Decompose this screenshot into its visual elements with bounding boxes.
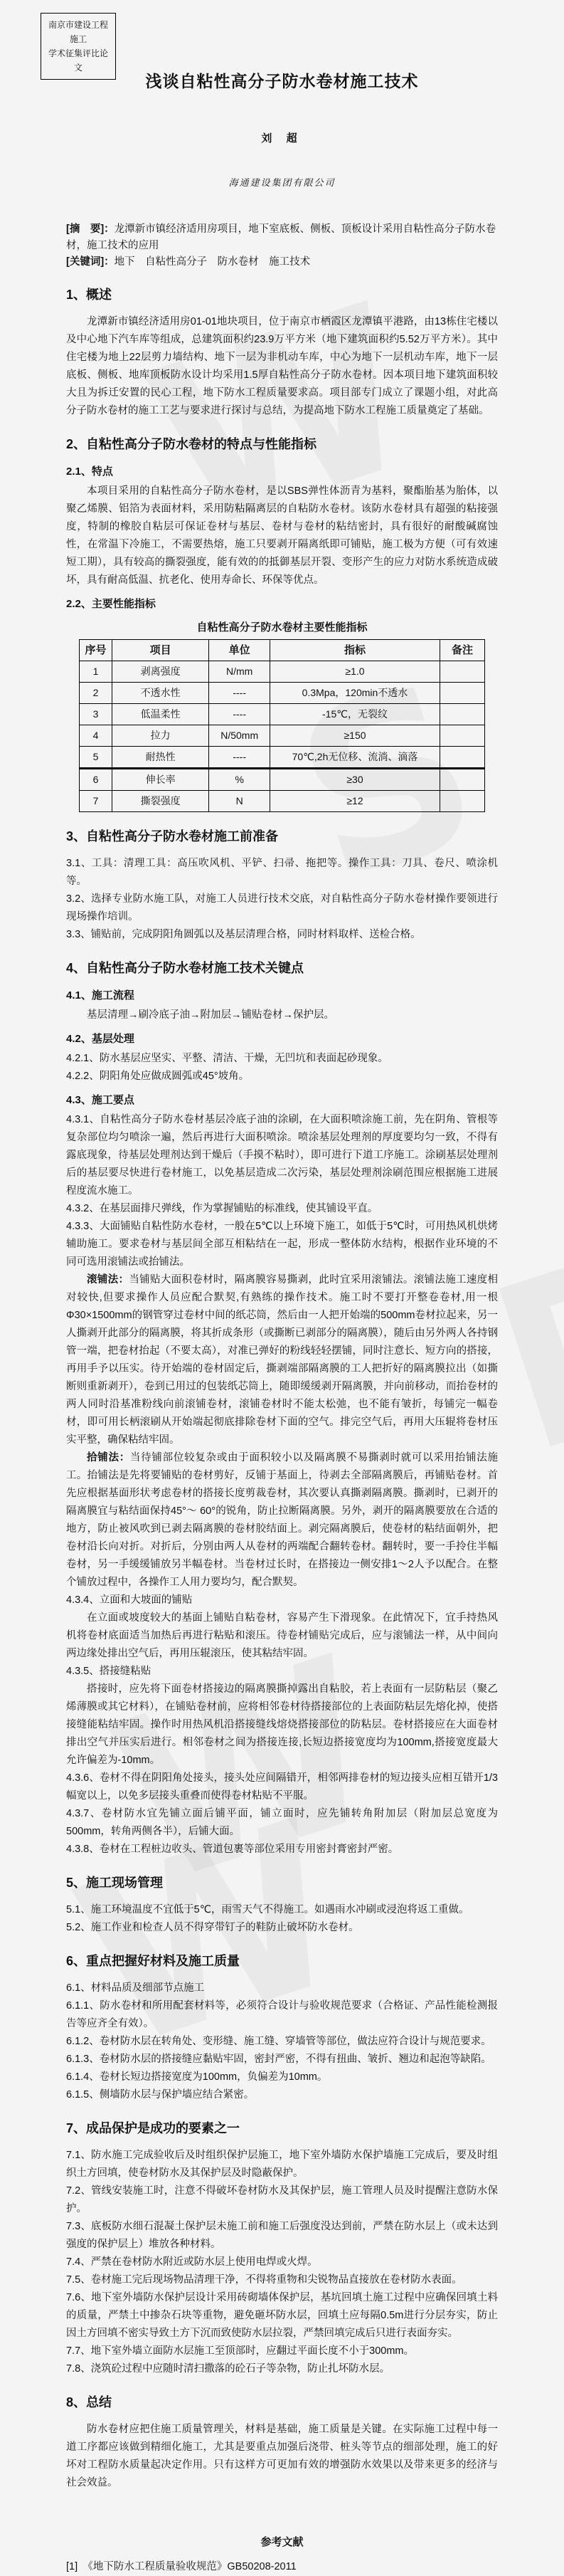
table-header-cell: 序号 [80,640,112,661]
table-cell: 0.3Mpa，120min不透水 [270,683,440,704]
paragraph-lead: 滚铺法： [87,1274,129,1286]
paragraph: 4.3.1、自粘性高分子防水卷材基层冷底子油的涂刷，在大面积喷涂施工前，先在阴角… [66,1111,498,1200]
paragraph: 防水卷材应把住施工质量管理关，材料是基础，施工质量是关键。在实际施工过程中每一道… [66,2421,498,2492]
paragraph: 4.3.6、卷材不得在阴阳角处接头，接头处应间隔错开，相邻两排卷材的短边接头应相… [66,1770,498,1805]
table-cell: 撕裂强度 [112,791,209,812]
paragraph: 6.1.2、卷材防水层在转角处、变形缝、施工缝、穿墙管等部位，做法应符合设计与规… [66,2033,498,2051]
table-title: 自粘性高分子防水卷材主要性能指标 [66,619,498,636]
table-cell [440,747,485,769]
classification-line-2: 学术征集评比论文 [46,46,111,75]
table-cell: 7 [80,791,112,812]
table-cell: % [209,769,270,791]
document-page: WSDSWW 南京市建设工程施工 学术征集评比论文 浅谈自粘性高分子防水卷材施工… [0,0,564,2576]
paragraph: 3.2、选择专业防水施工队，对施工人员进行技术交底，对自粘性高分子防水卷材操作要… [66,890,498,926]
table-row: 7撕裂强度N≥12 [80,791,485,812]
section-heading: 6、重点把握好材料及施工质量 [66,1952,498,1970]
paragraph: 4.3.5、搭接缝粘贴 [66,1663,498,1681]
paragraph: 搭接时，应先将下面卷材搭接边的隔离膜撕掉露出自粘胶，若上表面有一层防粘层（聚乙烯… [66,1681,498,1770]
table-cell: 1 [80,661,112,683]
paragraph: 6.1.1、防水卷材和所用配套材料等，必须符合设计与验收规范要求（合格证、产品性… [66,1997,498,2033]
table-cell: 剥离强度 [112,661,209,683]
paragraph: 6.1.5、侧墙防水层与保护墙应结合紧密。 [66,2086,498,2104]
table-cell: 70℃,2h无位移、流淌、滴落 [270,747,440,769]
table-cell: 3 [80,704,112,725]
paragraph: 4.2.1、防水基层应坚实、平整、清洁、干燥，无凹坑和表面起砂现象。 [66,1050,498,1068]
paragraph: 4.3.4、立面和大坡面的铺贴 [66,1592,498,1609]
table-cell: 4 [80,725,112,747]
classification-line-1: 南京市建设工程施工 [46,18,111,46]
paragraph: 6.1.4、卷材长短边搭接宽度为100mm，负偏差为10mm。 [66,2068,498,2086]
table-cell [440,791,485,812]
references-heading: 参考文献 [66,2533,498,2551]
subsection-heading: 2.2、主要性能指标 [66,595,498,613]
table-cell: 6 [80,769,112,791]
table-row: 6伸长率%≥30 [80,769,485,791]
paragraph: 基层清理→刷冷底子油→附加层→铺贴卷材→保护层。 [66,1006,498,1024]
paragraph: 6.1.3、卷材防水层的搭接缝应黏贴牢固，密封严密，不得有扭曲、皱折、翘边和起泡… [66,2051,498,2068]
paragraph: 7.4、严禁在卷材防水附近或防水层上使用电焊或火焊。 [66,2254,498,2271]
author-name: 刘 超 [0,130,564,145]
paragraph: 3.3、铺贴前，完成阴阳角圆弧以及基层清理合格，同时材料取样、送检合格。 [66,926,498,944]
table-row: 3低温柔性-----15℃，无裂纹 [80,704,485,725]
table-row: 4拉力N/50mm≥150 [80,725,485,747]
paragraph: 5.2、施工作业和检查人员不得穿带钉子的鞋防止破坏防水卷材。 [66,1919,498,1937]
section-heading: 5、施工现场管理 [66,1874,498,1891]
paragraph: 7.1、防水施工完成验收后及时组织保护层施工，地下室外墙防水保护墙施工完成后，要… [66,2147,498,2182]
section-heading: 8、总结 [66,2394,498,2411]
affiliation: 海通建设集团有限公司 [0,175,564,189]
abstract-text: 龙潭新市镇经济适用房项目，地下室底板、侧板、顶板设计采用自粘性高分子防水卷材，施… [66,224,496,251]
performance-table: 序号项目单位指标备注1剥离强度N/mm≥1.02不透水性----0.3Mpa，1… [79,639,485,812]
classification-box: 南京市建设工程施工 学术征集评比论文 [41,13,116,80]
table-cell: 2 [80,683,112,704]
table-cell: ---- [209,704,270,725]
table-cell: ≥1.0 [270,661,440,683]
section-heading: 2、自粘性高分子防水卷材的特点与性能指标 [66,436,498,453]
paragraph: 3.1、工具：清理工具：高压吹风机、平铲、扫帚、拖把等。操作工具：刀具、卷尺、喷… [66,855,498,890]
section-heading: 3、自粘性高分子防水卷材施工前准备 [66,828,498,845]
paragraph-lead: 拾铺法： [87,1452,130,1463]
reference-item: [1] 《地下防水工程质量验收规范》GB50208-2011 [66,2558,498,2576]
table-cell: N [209,791,270,812]
subsection-heading: 4.2、基层处理 [66,1030,498,1048]
keywords-text: 地下 自粘性高分子 防水卷材 施工技术 [115,256,311,268]
paper-meta: [摘 要]：龙潭新市镇经济适用房项目，地下室底板、侧板、顶板设计采用自粘性高分子… [66,221,498,270]
table-cell [440,704,485,725]
paragraph: 6.1、材料品质及细部节点施工 [66,1980,498,1997]
table-cell: ---- [209,683,270,704]
paragraph: 本项目采用的自粘性高分子防水卷材，是以SBS弹性体沥青为基料，聚酯胎基为胎体，以… [66,483,498,589]
table-cell: N/mm [209,661,270,683]
paragraph: 4.3.3、大面铺贴自粘性防水卷材，一般在5℃以上环境下施工，如低于5℃时，可用… [66,1218,498,1271]
paragraph: 4.2.2、阴阳角处应做成圆弧或45°坡角。 [66,1068,498,1085]
paragraph: 7.6、地下室外墙防水保护层设计采用砖砌墙体保护层，基坑回填土施工过程中应确保回… [66,2289,498,2343]
keywords: [关键词]：地下 自粘性高分子 防水卷材 施工技术 [66,254,498,270]
table-cell: 伸长率 [112,769,209,791]
subsection-heading: 2.1、特点 [66,463,498,480]
abstract-label: [摘 要]： [66,224,115,235]
subsection-heading: 4.3、施工要点 [66,1091,498,1109]
table-row: 5耐热性----70℃,2h无位移、流淌、滴落 [80,747,485,769]
table-cell: 拉力 [112,725,209,747]
table-cell: 低温柔性 [112,704,209,725]
table-header-cell: 项目 [112,640,209,661]
paragraph: 7.2、管线安装施工时，注意不得破坏卷材防水及其保护层，施工管理人员及时提醒注意… [66,2182,498,2218]
paragraph: 7.8、浇筑砼过程中应随时清扫撒落的砼石子等杂物，防止扎坏防水层。 [66,2360,498,2378]
paragraph: 4.3.2、在基层面排尺弹线，作为掌握铺贴的标准线，使其铺设平直。 [66,1200,498,1218]
table-cell: 5 [80,747,112,769]
paragraph: 龙潭新市镇经济适用房01-01地块项目，位于南京市栖霞区龙潭镇平港路，由13栋住… [66,313,498,420]
paragraph: 拾铺法：当待铺部位较复杂或由于面积较小以及隔离膜不易撕剥时就可以采用抬铺法施工。… [66,1449,498,1592]
section-heading: 7、成品保护是成功的要素之一 [66,2120,498,2137]
table-cell [440,661,485,683]
paragraph: 5.1、施工环境温度不宜低于5℃，雨雪天气不得施工。如遇雨水冲刷或浸泡将返工重做… [66,1901,498,1919]
table-cell [440,725,485,747]
paragraph: 4.3.7、卷材防水宜先铺立面后铺平面，铺立面时，应先铺转角附加层（附加层总宽度… [66,1805,498,1841]
section-heading: 1、概述 [66,286,498,303]
abstract: [摘 要]：龙潭新市镇经济适用房项目，地下室底板、侧板、顶板设计采用自粘性高分子… [66,221,498,254]
table-cell: N/50mm [209,725,270,747]
table-cell: 耐热性 [112,747,209,769]
table-row: 2不透水性----0.3Mpa，120min不透水 [80,683,485,704]
paragraph: 7.5、卷材施工完后现场物品清理干净，不得将重物和尖锐物品直接放在卷材防水表面。 [66,2271,498,2289]
subsection-heading: 4.1、施工流程 [66,987,498,1004]
table-cell: ---- [209,747,270,769]
keywords-label: [关键词]： [66,256,115,268]
paragraph: 7.7、地下室外墙立面防水层施工至顶部时，应翻过平面长度不小于300mm。 [66,2343,498,2360]
paragraph: 4.3.8、卷材在工程桩边收头、管道包裹等部位采用专用密封膏密封严密。 [66,1841,498,1859]
table-header-row: 序号项目单位指标备注 [80,640,485,661]
article-body: 1、概述龙潭新市镇经济适用房01-01地块项目，位于南京市栖霞区龙潭镇平港路，由… [66,286,498,2576]
table-header-cell: 单位 [209,640,270,661]
table-cell [440,683,485,704]
table-header-cell: 指标 [270,640,440,661]
table-cell: 不透水性 [112,683,209,704]
paragraph: 在立面或坡度较大的基面上铺贴自粘卷材，容易产生下滑现象。在此情况下，宜手持热风机… [66,1609,498,1663]
table-cell [440,769,485,791]
section-heading: 4、自粘性高分子防水卷材施工技术关键点 [66,960,498,977]
table-header-cell: 备注 [440,640,485,661]
table-cell: ≥30 [270,769,440,791]
table-cell: ≥150 [270,725,440,747]
paragraph: 滚铺法：当铺贴大面积卷材时，隔离膜容易撕剥，此时宜采用滚铺法。滚铺法施工速度相对… [66,1271,498,1449]
table-cell: ≥12 [270,791,440,812]
document-content: 南京市建设工程施工 学术征集评比论文 浅谈自粘性高分子防水卷材施工技术 刘 超 … [0,0,564,2576]
table-cell: -15℃，无裂纹 [270,704,440,725]
table-row: 1剥离强度N/mm≥1.0 [80,661,485,683]
paragraph: 7.3、底板防水细石混凝土保护层未施工前和施工后强度没达到前，严禁在防水层上（或… [66,2218,498,2254]
